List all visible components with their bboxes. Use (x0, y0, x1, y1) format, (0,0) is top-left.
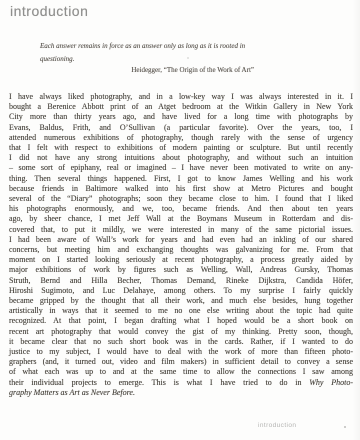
body-line: it became clear that no such short book … (9, 337, 353, 347)
body-line: Struth, Bernd and Hilla Becher, Thomas D… (9, 276, 353, 286)
book-page: introduction Each answer remains in forc… (0, 0, 360, 440)
body-line: I did not have any strong intuitions abo… (9, 153, 353, 163)
body-text: I have always liked photography, and in … (9, 92, 353, 398)
page-title: introduction (10, 3, 88, 19)
page-footer: introduction (258, 422, 296, 429)
body-line: graphers (and, it turned out, video and … (9, 357, 353, 367)
body-line: because friends in Baltimore walked into… (9, 184, 353, 194)
epigraph: Each answer remains in force as an answe… (40, 40, 254, 77)
body-line: justice to my subject, I would have to d… (9, 347, 353, 357)
body-line: his photographs enormously, and we, too,… (9, 204, 353, 214)
body-line: artistically in ways that it seemed to m… (9, 306, 353, 316)
body-line: Evans, Baldus, Frith, and O’Sullivan (a … (9, 123, 353, 133)
epigraph-lines: Each answer remains in force as an answe… (40, 40, 254, 66)
body-line: major exhibitions of work by figures suc… (9, 265, 353, 275)
body-line: ago, by sheer chance, I met Jeff Wall at… (9, 214, 353, 224)
body-line: recent art photography that would convey… (9, 327, 353, 337)
body-line: of what each was up to and at the same t… (9, 367, 353, 377)
body-line: – some sort of epiphany, real or imagine… (9, 163, 353, 173)
body-line: City more than thirty years ago, and hav… (9, 112, 353, 122)
body-line: I had been aware of Wall’s work for year… (9, 235, 353, 245)
body-line: covered that, to put it mildly, we were … (9, 225, 353, 235)
body-line: several of the “Diary” photographs; soon… (9, 194, 353, 204)
body-line: Hiroshi Sugimoto, and Luc Delahaye, amon… (9, 286, 353, 296)
scan-speck (344, 426, 346, 428)
body-line: graphy Matters as Art as Never Before. (9, 388, 353, 398)
body-line: thing. Then several things happened. Fir… (9, 174, 353, 184)
body-line: their individual projects to emerge. Thi… (9, 378, 353, 388)
body-line: bought a Berenice Abbott print of an Atg… (9, 102, 353, 112)
body-line: concerns, but meeting him and exchanging… (9, 245, 353, 255)
body-line: became gripped by the thought that all t… (9, 296, 353, 306)
body-line: that I felt with respect to exhibitions … (9, 143, 353, 153)
scan-speck (187, 57, 189, 59)
body-line: moment on I started looking seriously at… (9, 255, 353, 265)
epigraph-line: Each answer remains in force as an answe… (40, 40, 254, 53)
body-line: I have always liked photography, and in … (9, 92, 353, 102)
running-title: introduction (258, 422, 296, 429)
body-line: attended numerous exhibitions of photogr… (9, 133, 353, 143)
page-edge-shade (353, 0, 360, 440)
body-line: recognized. At that point, I began draft… (9, 316, 353, 326)
